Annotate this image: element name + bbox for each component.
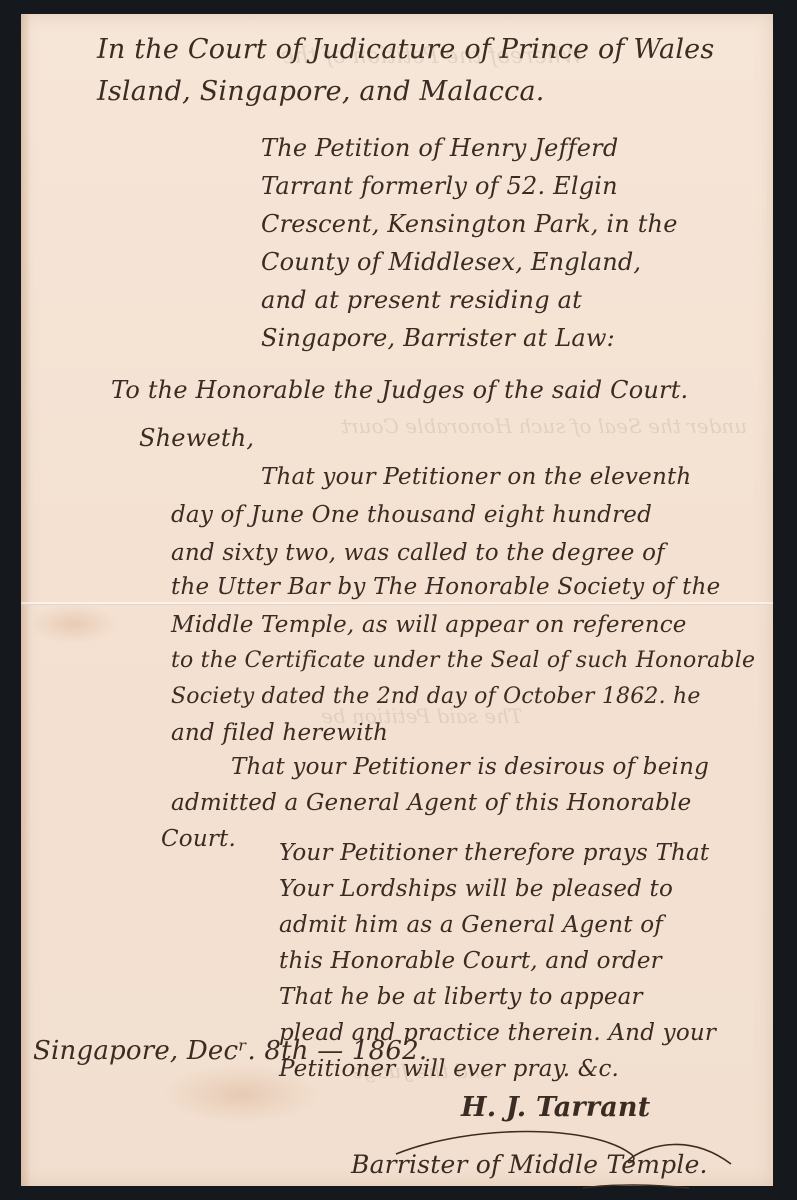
heading-line-2: Island, Singapore, and Malacca.	[97, 76, 545, 107]
petition-title-line: Tarrant formerly of 52. Elgin	[261, 172, 618, 200]
date-line: Singapore, Decʳ. 8th — 1862.	[33, 1036, 427, 1066]
prayer-line: admit him as a General Agent of	[279, 912, 663, 938]
body-line: to the Certificate under the Seal of suc…	[171, 648, 755, 673]
petition-title-line: County of Middlesex, England,	[261, 248, 641, 276]
body-line: day of June One thousand eight hundred	[171, 502, 652, 528]
paper-fold-line	[21, 602, 773, 605]
sheweth-heading: Sheweth,	[139, 424, 254, 452]
body-line: and sixty two, was called to the degree …	[171, 540, 665, 566]
paper-stain	[29, 604, 119, 644]
petition-title-line: and at present residing at	[261, 286, 582, 314]
petition-title-line: Crescent, Kensington Park, in the	[261, 210, 678, 238]
body-line: admitted a General Agent of this Honorab…	[171, 790, 691, 816]
prayer-line: Your Petitioner therefore prays That	[279, 840, 709, 866]
body-line: and filed herewith	[171, 720, 388, 746]
manuscript-page: Whereof the Petition of the under the Se…	[21, 14, 773, 1186]
body-line: That your Petitioner is desirous of bein…	[231, 754, 709, 780]
body-line: Middle Temple, as will appear on referen…	[171, 612, 687, 638]
scan-frame: Whereof the Petition of the under the Se…	[0, 0, 797, 1200]
heading-line-1: In the Court of Judicature of Prince of …	[97, 34, 714, 65]
signature-underline	[581, 1182, 691, 1192]
bleed-through-text: under the Seal of such Honorable Court	[341, 414, 747, 438]
prayer-line: Your Lordships will be pleased to	[279, 876, 673, 902]
prayer-line: this Honorable Court, and order	[279, 948, 662, 974]
address-line: To the Honorable the Judges of the said …	[111, 376, 688, 404]
body-line: Court.	[161, 826, 236, 852]
petition-title-line: The Petition of Henry Jefferd	[261, 134, 618, 162]
petition-title-line: Singapore, Barrister at Law:	[261, 324, 615, 352]
signature-title: Barrister of Middle Temple.	[351, 1150, 708, 1179]
body-line: Society dated the 2nd day of October 186…	[171, 684, 701, 709]
prayer-line: That he be at liberty to appear	[279, 984, 643, 1010]
body-line: That your Petitioner on the eleventh	[261, 464, 691, 490]
body-line: the Utter Bar by The Honorable Society o…	[171, 574, 720, 600]
